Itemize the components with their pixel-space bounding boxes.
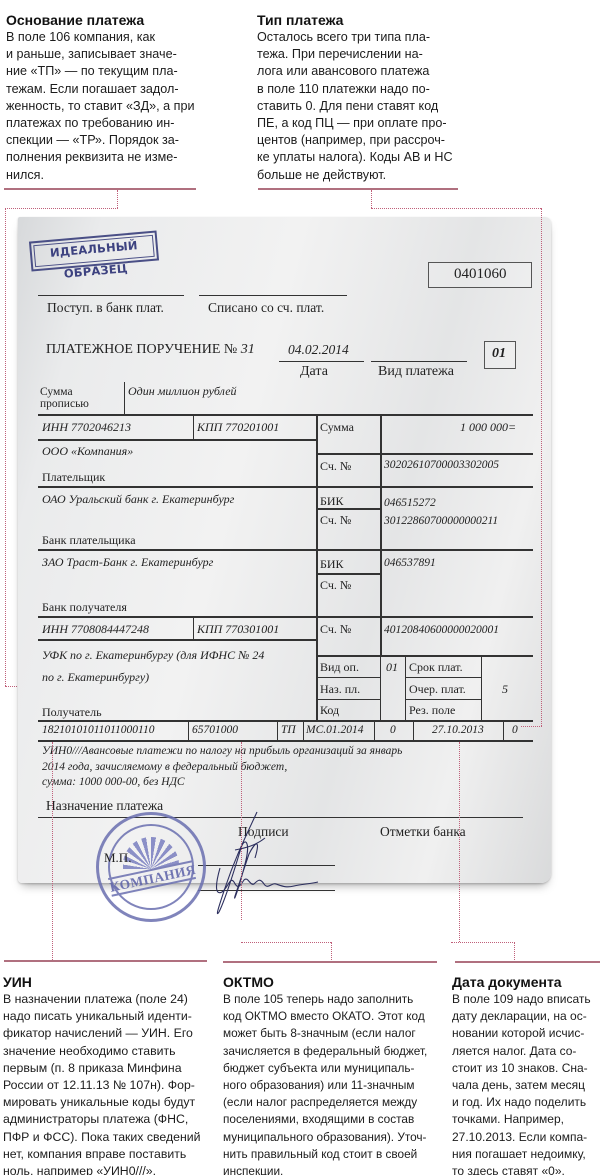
note-title: Тип платежа xyxy=(257,12,557,29)
recipient-account: 40120840600000020001 xyxy=(384,624,499,636)
grid-line xyxy=(413,720,414,742)
connector-line xyxy=(371,190,372,208)
connector-line xyxy=(117,190,118,208)
note-title: Основание платежа xyxy=(6,12,291,29)
due-label: Срок плат. xyxy=(409,660,463,675)
kbk: 18210101011011000110 xyxy=(42,724,154,736)
grid-line xyxy=(316,655,533,657)
note-title: Дата документа xyxy=(452,974,600,991)
note-title: ОКТМО xyxy=(223,974,445,991)
order-value: 5 xyxy=(502,682,508,697)
connector-line xyxy=(521,726,542,727)
grid-line xyxy=(303,720,304,742)
payer-inn: ИНН 7702046213 xyxy=(42,420,131,435)
divider-rule xyxy=(258,188,458,190)
recipient-bank-bik: 046537891 xyxy=(384,557,436,569)
divider-rule xyxy=(223,961,437,963)
basis-value: ТП xyxy=(281,724,296,736)
received-label: Поступ. в банк плат. xyxy=(47,300,164,316)
payment-kind-label: Вид платежа xyxy=(378,364,454,380)
grid-line xyxy=(38,439,316,441)
grid-line xyxy=(38,486,533,488)
grid-line xyxy=(193,616,194,639)
grid-line xyxy=(316,699,380,700)
date-label: Дата xyxy=(300,364,328,380)
recipient-label: Получатель xyxy=(42,705,102,720)
connector-line xyxy=(459,742,460,942)
seal-place-label: М.П. xyxy=(104,850,131,866)
sum-label: Сумма xyxy=(320,420,354,435)
payer-account-label: Сч. № xyxy=(320,459,351,474)
oktmo-value: 65701000 xyxy=(192,724,238,736)
recipient-bank-account-label: Сч. № xyxy=(320,578,351,593)
order-date: 04.02.2014 xyxy=(288,342,349,358)
grid-line xyxy=(405,677,481,678)
order-label: Очер. плат. xyxy=(409,682,466,697)
doc-date-value: 27.10.2013 xyxy=(432,724,484,736)
grid-line xyxy=(38,817,523,818)
grid-line xyxy=(277,720,278,742)
form-title: ПЛАТЕЖНОЕ ПОРУЧЕНИЕ № 31 xyxy=(46,342,255,358)
field-line xyxy=(279,361,364,362)
recipient-name: УФК по г. Екатеринбургу (для ИФНС № 24 п… xyxy=(42,644,264,688)
grid-line xyxy=(193,414,194,439)
company-seal: КОМПАНИЯ xyxy=(96,812,206,922)
payer-bank-bik: 046515272 xyxy=(384,497,436,509)
connector-line xyxy=(541,208,542,726)
payment-purpose: УИН0///Авансовые платежи по налогу на пр… xyxy=(42,744,402,791)
order-number: 31 xyxy=(241,342,255,357)
grid-line xyxy=(38,414,533,416)
payer-bank: ОАО Уральский банк г. Екатеринбург xyxy=(42,492,234,507)
connector-line xyxy=(5,208,6,686)
connector-line xyxy=(52,742,53,960)
field-line xyxy=(38,295,184,296)
payer-bank-account-label: Сч. № xyxy=(320,513,351,528)
grid-line xyxy=(316,453,533,455)
payer-name: ООО «Компания» xyxy=(42,444,133,459)
note-payment-type: Тип платежа Осталось всего три типа пла-… xyxy=(257,12,557,184)
note-document-date: Дата документа В поле 109 надо вписать д… xyxy=(452,974,600,1175)
grid-line xyxy=(316,414,318,720)
amount-words: Один миллион рублей xyxy=(128,384,237,399)
payer-bank-bik-label: БИК xyxy=(320,494,344,509)
connector-line xyxy=(514,942,515,960)
payer-label: Плательщик xyxy=(42,470,105,485)
connector-line xyxy=(5,208,118,209)
grid-line xyxy=(38,639,316,641)
code-label: Код xyxy=(320,703,339,718)
amount-words-label: Сумма прописью xyxy=(40,386,89,410)
payer-bank-account: 30122860700000000211 xyxy=(384,515,498,527)
grid-line xyxy=(188,720,189,742)
recipient-bank: ЗАО Траст-Банк г. Екатеринбург xyxy=(42,555,213,570)
debited-label: Списано со сч. плат. xyxy=(208,300,324,316)
doc-number-value: 0 xyxy=(390,724,396,736)
grid-line xyxy=(316,677,380,678)
divider-rule xyxy=(4,960,207,962)
note-oktmo: ОКТМО В поле 105 теперь надо заполнить к… xyxy=(223,974,445,1175)
period-value: МС.01.2014 xyxy=(306,724,364,736)
op-type: 01 xyxy=(386,660,398,675)
connector-line xyxy=(451,942,515,943)
grid-line xyxy=(380,655,381,720)
divider-rule xyxy=(455,961,600,963)
grid-line xyxy=(374,720,375,742)
grid-line xyxy=(38,720,533,722)
divider-rule xyxy=(4,188,196,190)
field-line xyxy=(371,361,467,362)
grid-line xyxy=(38,549,533,551)
signature-accountant-icon xyxy=(210,862,320,902)
connector-line xyxy=(241,742,242,920)
grid-line xyxy=(380,414,382,656)
payer-account: 30202610700003302005 xyxy=(384,459,499,471)
reserve-label: Рез. поле xyxy=(409,703,455,718)
recipient-inn: ИНН 7708084447248 xyxy=(42,622,149,637)
grid-line xyxy=(481,655,482,720)
grid-line xyxy=(124,382,125,414)
connector-line xyxy=(331,942,332,960)
note-payment-basis: Основание платежа В поле 106 компания, к… xyxy=(6,12,291,184)
grid-line xyxy=(38,616,533,618)
note-uin: УИН В назначении платежа (поле 24) надо … xyxy=(3,974,218,1175)
grid-line xyxy=(405,655,406,720)
note-title: УИН xyxy=(3,974,218,991)
purpose-short-label: Наз. пл. xyxy=(320,682,360,697)
connector-line xyxy=(371,208,541,209)
recipient-bank-bik-label: БИК xyxy=(320,557,344,572)
sum-value: 1 000 000= xyxy=(460,420,516,435)
grid-line xyxy=(405,699,481,700)
form-code: 0401060 xyxy=(454,266,507,283)
bank-marks-label: Отметки банка xyxy=(380,824,466,840)
grid-line xyxy=(503,720,504,742)
op-type-label: Вид оп. xyxy=(320,660,359,675)
pay-type-value: 0 xyxy=(512,724,518,736)
grid-line xyxy=(316,573,380,575)
recipient-bank-label: Банк получателя xyxy=(42,600,127,615)
status-code: 01 xyxy=(492,346,506,362)
recipient-kpp: КПП 770301001 xyxy=(197,622,279,637)
connector-line xyxy=(241,942,331,943)
payer-bank-label: Банк плательщика xyxy=(42,533,136,548)
recipient-account-label: Сч. № xyxy=(320,622,351,637)
field-line xyxy=(199,295,347,296)
payer-kpp: КПП 770201001 xyxy=(197,420,279,435)
